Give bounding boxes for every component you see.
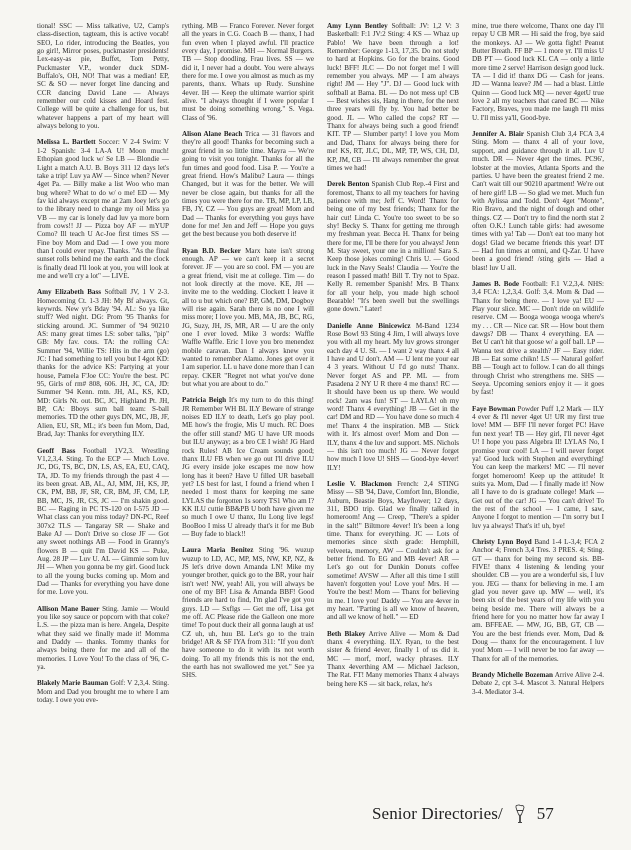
senior-name: Danielle Anne Binicewicz xyxy=(327,322,411,330)
directory-entry: James B. Bode Football: F.1 V.2,3,4. NHS… xyxy=(472,280,604,397)
directory-entry: Derek Benton Spanish Club Rep.-4 First a… xyxy=(327,180,459,314)
yearbook-page: tional! SSC — Miss talkative, U2, Camp's… xyxy=(0,0,631,850)
column-4: mine, true there welcome, Thanx one day … xyxy=(472,22,604,774)
page-footer: Senior Directories/ 57 xyxy=(372,804,554,824)
entry-text: M-Band 1234 Rose Bowl 93 Sting 4 Jim, I … xyxy=(327,322,459,472)
senior-name: Jennifer A. Blair xyxy=(472,130,524,138)
directory-entry: Allison Mane Bauer Sting. Jamie — Would … xyxy=(37,605,169,672)
senior-name: Geoff Bass xyxy=(37,447,75,455)
entry-text: Spanish Club 3,4 FCA 3,4 Sting. Mom — th… xyxy=(472,130,604,272)
entry-text: Spanish Club Rep.-4 First and foremost, … xyxy=(327,180,459,313)
page-number: 57 xyxy=(537,804,554,824)
entry-text: It's my turn to do this thing! JR Rememb… xyxy=(182,396,314,538)
column-1: tional! SSC — Miss talkative, U2, Camp's… xyxy=(37,22,169,774)
entry-text: tional! SSC — Miss talkative, U2, Camp's… xyxy=(37,22,169,130)
senior-name: Blakely Marie Bauman xyxy=(37,679,108,687)
directory-entry: Ryan B.D. Becker Marx hate isn't strong … xyxy=(182,247,314,389)
senior-name: Derek Benton xyxy=(327,180,369,188)
senior-directory-columns: tional! SSC — Miss talkative, U2, Camp's… xyxy=(37,22,601,774)
directory-entry: Alison Alane Beach Trica — 31 flavors an… xyxy=(182,130,314,238)
directory-entry: Laura Maria Benitez Sting '96. wuzup wuz… xyxy=(182,546,314,680)
entry-text: Football: F.1 V.2,3,4. NHS: 3,4 FCA: 1,2… xyxy=(472,280,604,396)
directory-entry: Leslie V. Blackmon French: 2,4 STING Mis… xyxy=(327,480,459,622)
senior-name: Faye Bowman xyxy=(472,405,515,413)
directory-entry: Beth Blakey Arrive Alive — Mom & Dad tha… xyxy=(327,630,459,688)
senior-name: Laura Maria Benitez xyxy=(182,546,253,554)
senior-name: Amy Lynn Bentley xyxy=(327,22,388,30)
entry-text: French: 2,4 STING Missy — SB '94, Dave, … xyxy=(327,480,459,622)
senior-name: James B. Bode xyxy=(472,280,519,288)
directory-entry: Blakely Marie Bauman Golf: V 2,3,4. Stin… xyxy=(37,679,169,704)
senior-name: Brandy Michelle Bozeman xyxy=(472,671,553,679)
entry-text: Powder Puff 1,2 Mark — ILY 4 ever & I'll… xyxy=(472,405,604,530)
entry-text: Marx hate isn't strong enough. AP — we c… xyxy=(182,247,314,389)
directory-entry: Amy Elizabeth Bass Softball JV, 1 V 2-3.… xyxy=(37,288,169,438)
directory-entry: tional! SSC — Miss talkative, U2, Camp's… xyxy=(37,22,169,130)
directory-entry: Brandy Michelle Bozeman Arrive Alive 2-4… xyxy=(472,671,604,696)
senior-name: Amy Elizabeth Bass xyxy=(37,288,101,296)
senior-name: Ryan B.D. Becker xyxy=(182,247,241,255)
section-title: Senior Directories/ xyxy=(372,804,503,824)
senior-name: Leslie V. Blackmon xyxy=(327,480,392,488)
entry-text: Softball JV, 1 V 2-3. Homecoming Ct. 1-3… xyxy=(37,288,169,438)
entry-text: Arrive Alive — Mom & Dad thanx 4 everyth… xyxy=(327,630,459,688)
directory-entry: Danielle Anne Binicewicz M-Band 1234 Ros… xyxy=(327,322,459,472)
directory-entry: Faye Bowman Powder Puff 1,2 Mark — ILY 4… xyxy=(472,405,604,530)
entry-text: Softball: JV: 1,2 V: 3 Basketball: F:1 J… xyxy=(327,22,459,172)
entry-text: Band 1-4 L-3,4; FCA 2 Anchor 4; French 3… xyxy=(472,538,604,663)
senior-name: Christy Lynn Boyd xyxy=(472,538,532,546)
entry-text: Soccer: V 2-4 Swim: V 1-2 Spanish: 3-4 L… xyxy=(37,138,169,280)
senior-name: Patricia Beigh xyxy=(182,396,226,404)
directory-entry: rything. MB — Franco Forever. Never forg… xyxy=(182,22,314,122)
senior-name: Alison Alane Beach xyxy=(182,130,242,138)
directory-entry: mine, true there welcome, Thanx one day … xyxy=(472,22,604,122)
column-3: Amy Lynn Bentley Softball: JV: 1,2 V: 3 … xyxy=(327,22,459,774)
entry-text: Sting '96. wuzup wuzup to LD, AC, MP, MS… xyxy=(182,546,314,679)
column-2: rything. MB — Franco Forever. Never forg… xyxy=(182,22,314,774)
directory-entry: Christy Lynn Boyd Band 1-4 L-3,4; FCA 2 … xyxy=(472,538,604,663)
torch-trophy-icon xyxy=(513,804,527,824)
entry-text: Football 1V2,3. Wrestling V1,2,3,4. Stin… xyxy=(37,447,169,597)
senior-name: Beth Blakey xyxy=(327,630,365,638)
entry-text: Sting. Jamie — Would you like soy sauce … xyxy=(37,605,169,671)
entry-text: Trica — 31 flavors and they're all good!… xyxy=(182,130,314,238)
entry-text: mine, true there welcome, Thanx one day … xyxy=(472,22,604,122)
directory-entry: Patricia Beigh It's my turn to do this t… xyxy=(182,396,314,538)
senior-name: Melissa L. Bartlett xyxy=(37,138,96,146)
entry-text: rything. MB — Franco Forever. Never forg… xyxy=(182,22,314,122)
directory-entry: Melissa L. Bartlett Soccer: V 2-4 Swim: … xyxy=(37,138,169,280)
directory-entry: Amy Lynn Bentley Softball: JV: 1,2 V: 3 … xyxy=(327,22,459,172)
directory-entry: Geoff Bass Football 1V2,3. Wrestling V1,… xyxy=(37,447,169,597)
directory-entry: Jennifer A. Blair Spanish Club 3,4 FCA 3… xyxy=(472,130,604,272)
senior-name: Allison Mane Bauer xyxy=(37,605,99,613)
